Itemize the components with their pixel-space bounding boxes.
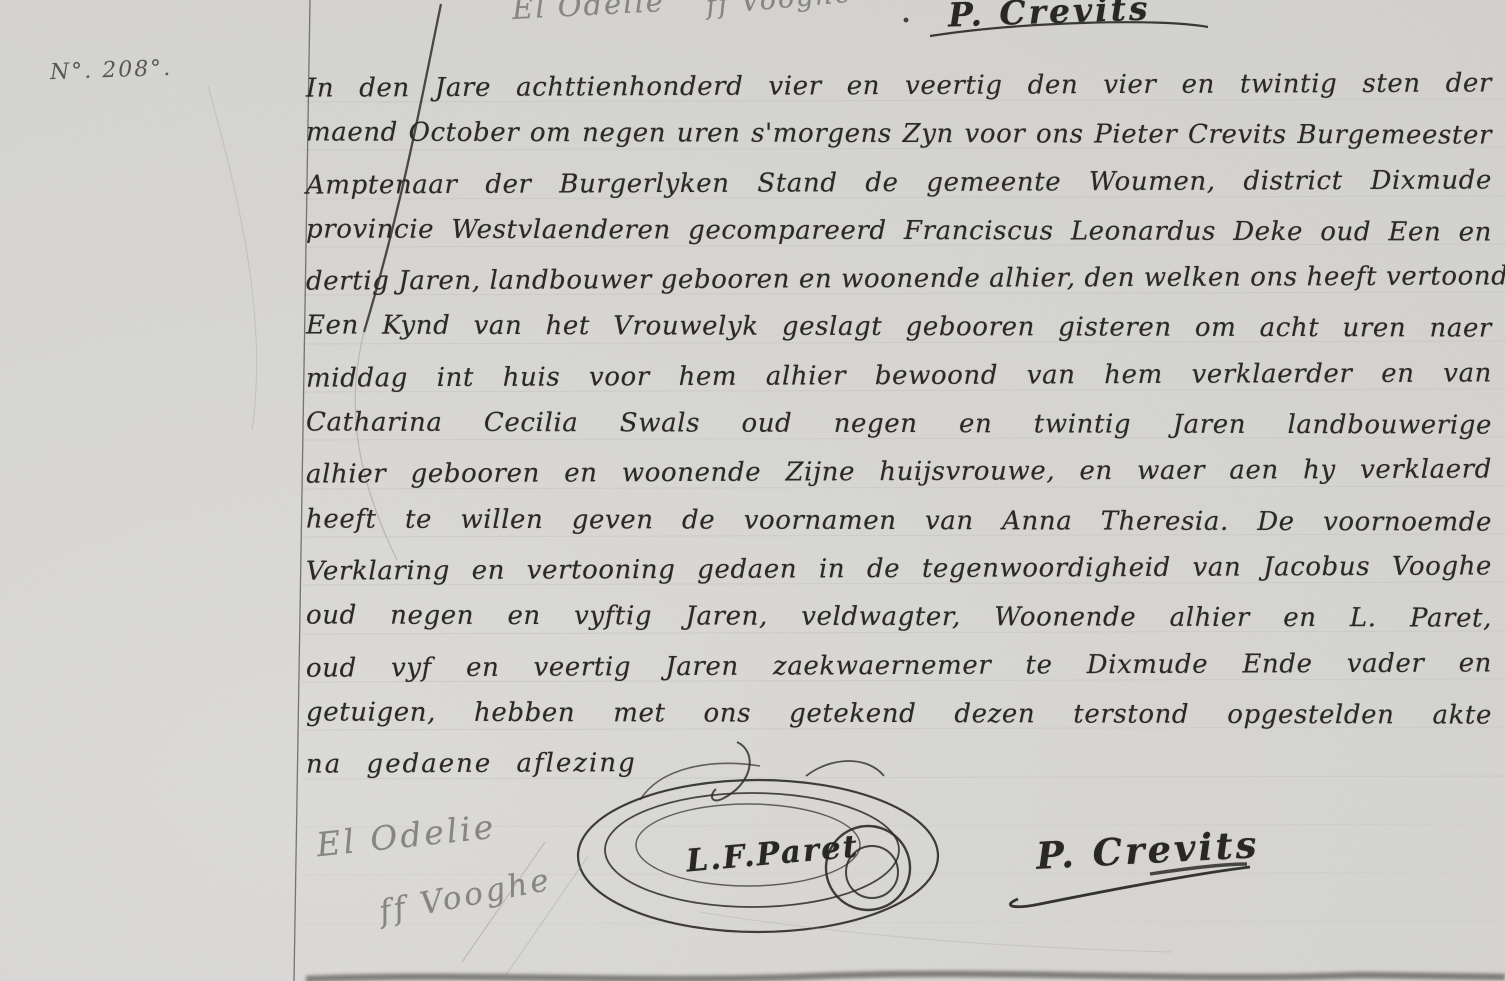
header-pencil-note-2: ff Vooghe [705,0,854,21]
manuscript-line: oud negen en vyftig Jaren, veldwagter, W… [306,592,1492,643]
pencil-margin-stroke [208,86,257,430]
manuscript-line: Een Kynd van het Vrouwelyk geslagt geboo… [306,302,1492,353]
manuscript-line: na gedaene aflezing [306,736,1492,789]
act-text-block: In den Jare achttienhonderd vier en veer… [306,62,1492,786]
manuscript-line: alhier gebooren en woonende Zijne huijsv… [306,446,1492,499]
manuscript-line: oud vyf en veertig Jaren zaekwaernemer t… [306,639,1492,692]
signature-paret: L.F.Paret [685,829,861,880]
manuscript-line: dertig Jaren, landbouwer gebooren en woo… [306,253,1492,306]
header-pencil-note-1: El Odelie [511,0,665,26]
signature-odelie: El Odelie [314,807,498,865]
manuscript-line: middag int huis voor hem alhier bewoond … [306,349,1492,402]
page-edge-ink [306,974,1505,979]
manuscript-line: Catharina Cecilia Swals oud negen en twi… [306,399,1492,450]
margin-number: N°. 208°. [50,56,173,85]
manuscript-line: In den Jare achttienhonderd vier en veer… [306,59,1492,112]
signature-vooghe: ff Vooghe [376,862,554,931]
manuscript-line: getuigen, hebben met ons getekend dezen … [306,688,1492,739]
manuscript-line: Verklaring en vertooning gedaen in de te… [306,542,1492,595]
manuscript-line: Amptenaar der Burgerlyken Stand de gemee… [306,156,1492,209]
manuscript-line: heeft te willen geven de voornamen van A… [306,495,1492,546]
scanned-register-page: N°. 208°. El Odelie ff Vooghe P. Crevits… [0,0,1505,981]
signature-crevits: P. Crevits [1035,822,1260,878]
header-ink-signature: P. Crevits [947,0,1151,35]
manuscript-line: maend October om negen uren s'morgens Zy… [306,109,1492,160]
manuscript-line: provincie Westvlaenderen gecompareerd Fr… [306,205,1492,256]
